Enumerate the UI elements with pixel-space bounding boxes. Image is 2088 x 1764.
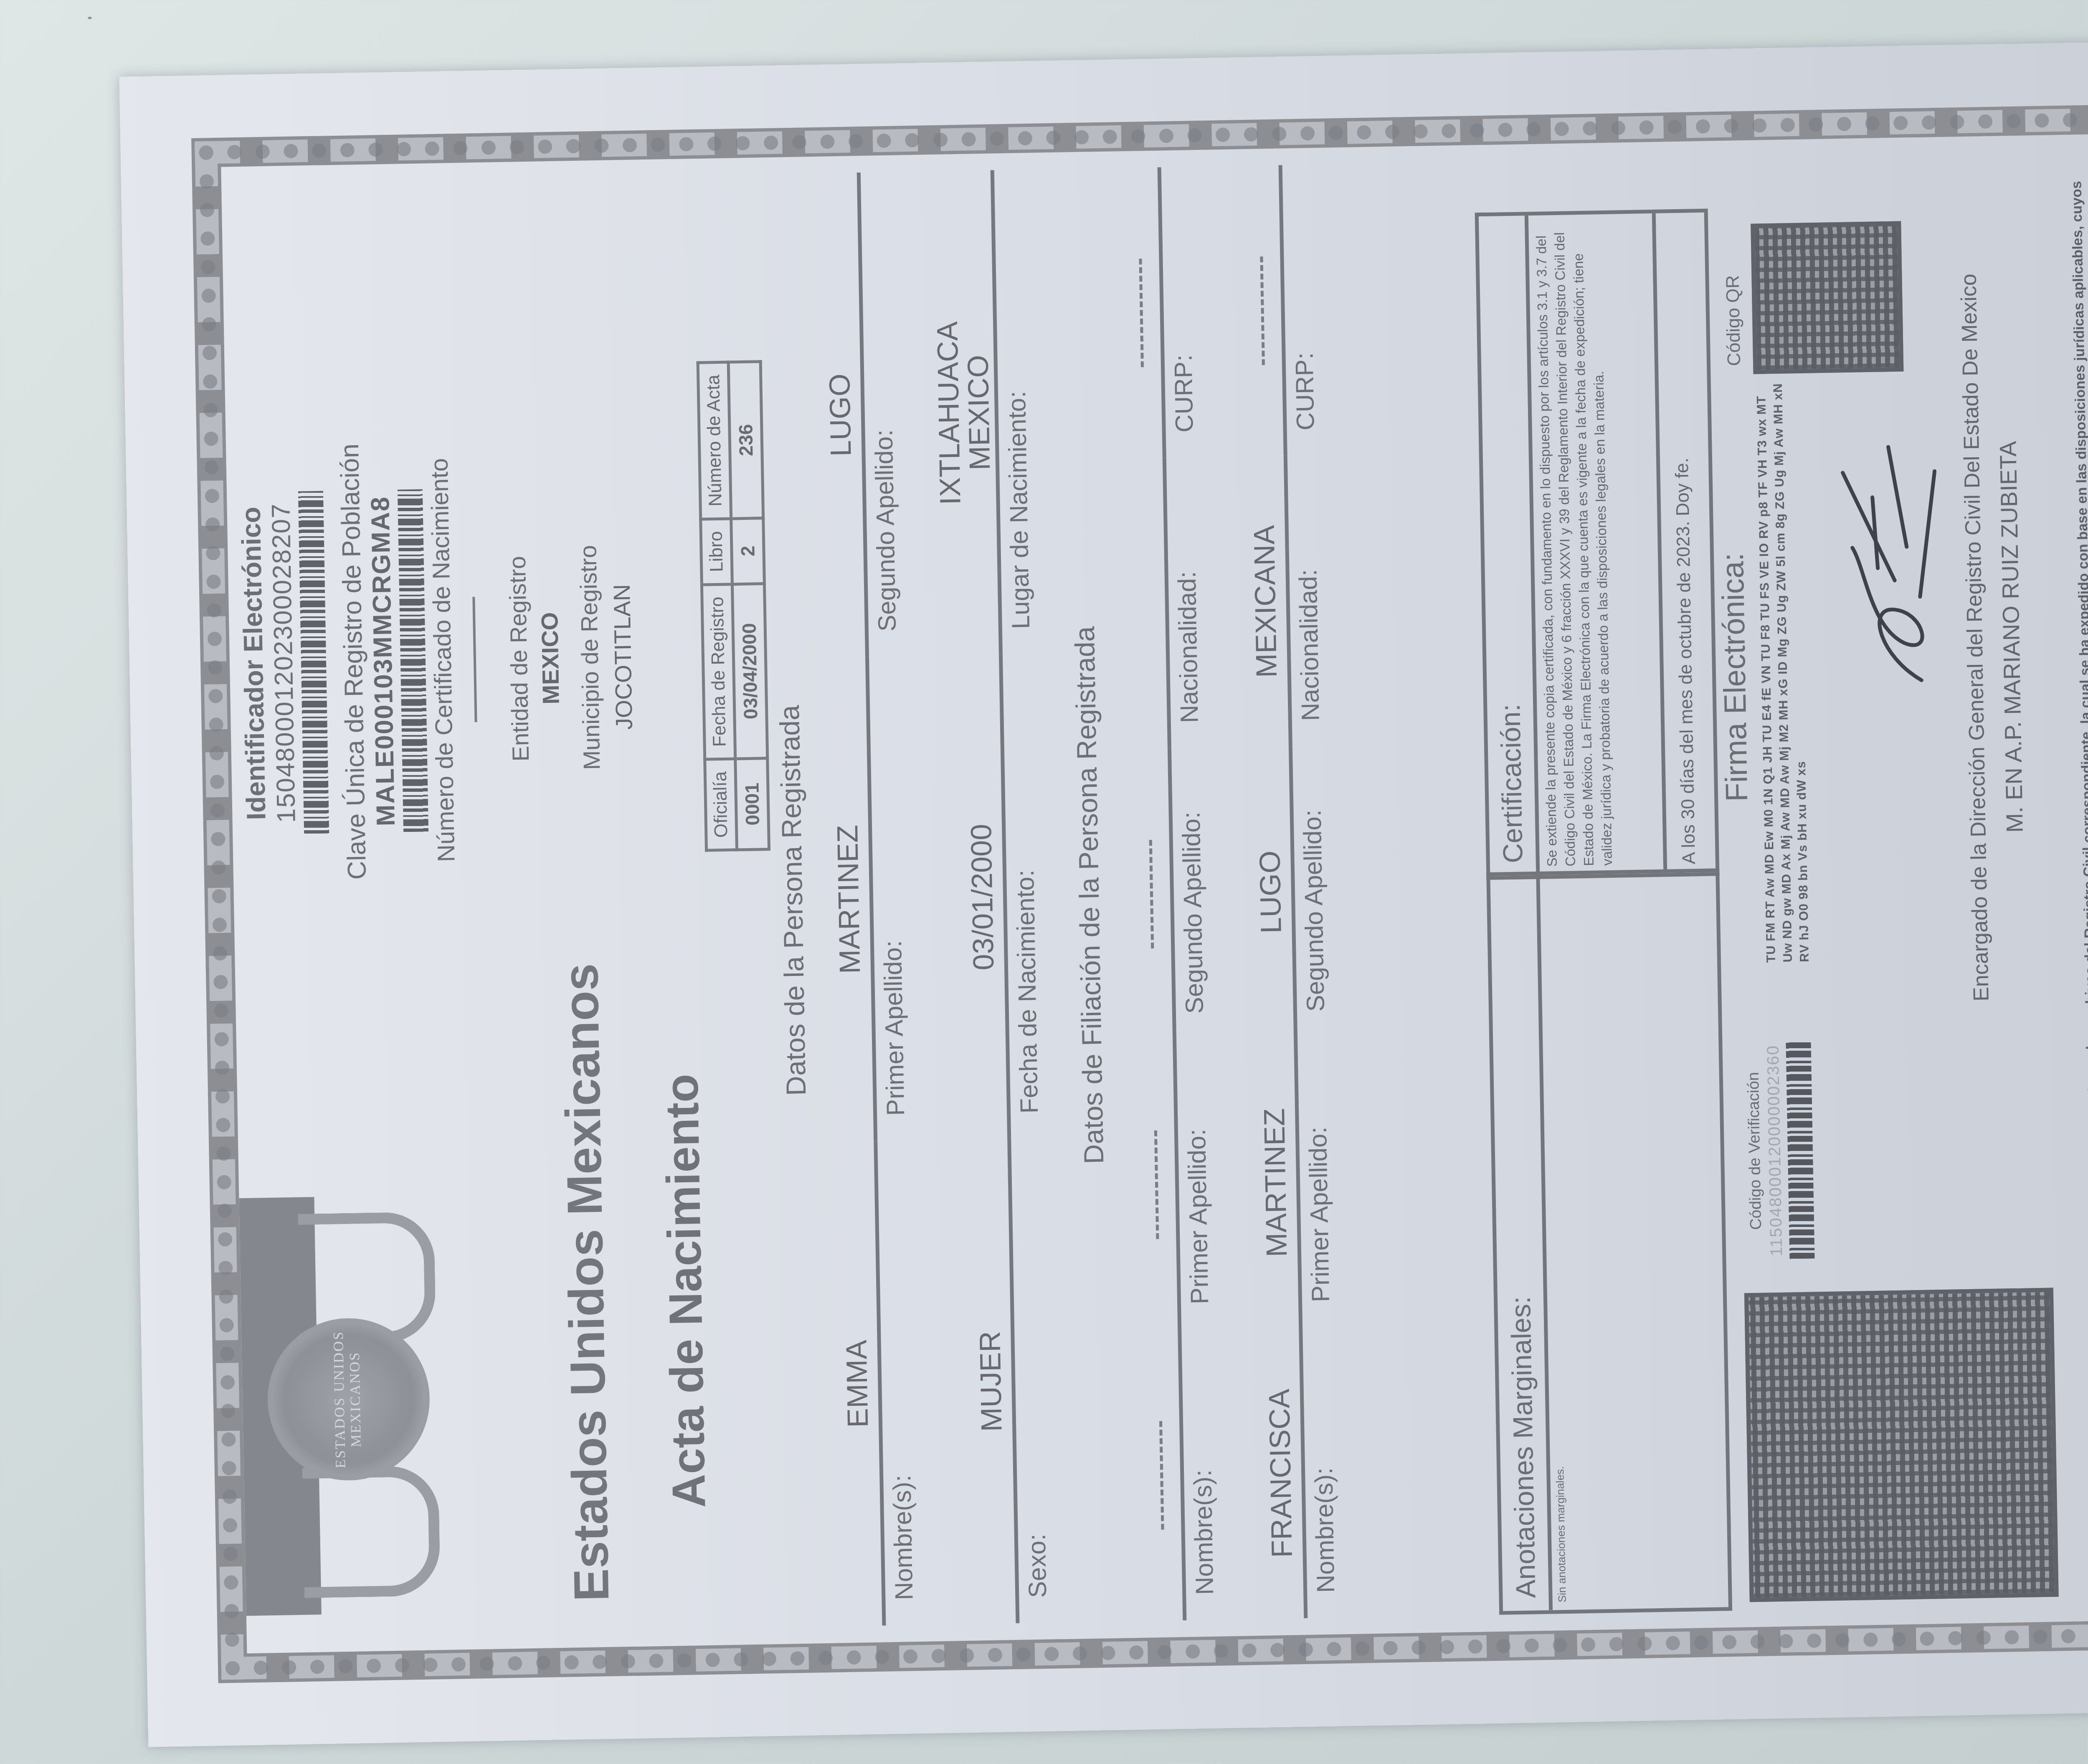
persona-sexo-label: Sexo: <box>1015 1138 1052 1623</box>
persona-primer-apellido-label: Primer Apellido: <box>873 656 910 1141</box>
ornamental-border: ESTADOS UNIDOS MEXICANOS Estados Unidos … <box>191 104 2088 1683</box>
certificacion-body: Se extiende la presente copia certificad… <box>1528 213 1667 875</box>
progenitor2-curp-label: CURP: <box>1287 165 1320 456</box>
seal-text: ESTADOS UNIDOS MEXICANOS <box>331 1324 365 1475</box>
persona-segundo-apellido-label: Segundo Apellido: <box>865 172 902 657</box>
progenitor2-primer-apellido-label: Primer Apellido: <box>1302 1037 1335 1328</box>
progenitor2-nacionalidad-value: MEXICANA <box>1245 456 1285 747</box>
encargado-cargo: Encargado de la Dirección General del Re… <box>1955 207 1995 1068</box>
verificacion-value: 115048000120000002360 <box>1764 1034 1786 1268</box>
aztec-glyph-left-icon <box>302 1465 441 1598</box>
municipio-value: JOCOTITLAN <box>602 260 643 1054</box>
encargado-block: Encargado de la Dirección General del Re… <box>1955 207 2032 1068</box>
oficialia-value: 0001 <box>735 758 769 850</box>
persona-fecha-nacimiento-label: Fecha de Nacimiento: <box>1007 654 1044 1139</box>
persona-fecha-nacimiento: 03/01/2000 Fecha de Nacimiento: <box>935 654 1044 1140</box>
persona-primer-apellido: MARTINEZ Primer Apellido: <box>827 656 910 1142</box>
header-libro: Libro <box>701 519 732 585</box>
progenitor2-names-row: FRANCISCANombre(s): MARTINEZPrimer Apell… <box>1240 165 1341 1619</box>
header-oficialia: Oficialía <box>705 759 737 850</box>
persona-section-title: Datos de la Persona Registrada <box>764 157 821 1644</box>
progenitor1-names-row: Nombre(s): Primer Apellido: Segundo Apel… <box>1119 167 1220 1621</box>
progenitor1-segundo-apellido-label: Segundo Apellido: <box>1176 748 1209 1039</box>
anotaciones-box: Anotaciones Marginales: Sin anotaciones … <box>1486 868 1732 1614</box>
progenitor2-nombres-value: FRANCISCA <box>1260 1328 1300 1619</box>
progenitor2-primer-apellido-value: MARTINEZ <box>1255 1037 1295 1328</box>
registro-table: Oficialía Fecha de Registro Libro Número… <box>697 360 770 852</box>
progenitor2-nombres-label: Nombre(s): <box>1307 1327 1340 1618</box>
persona-sexo: MUJER Sexo: <box>944 1138 1052 1625</box>
progenitor2-nacionalidad-label: Nacionalidad: <box>1292 455 1325 746</box>
curp-barcode-icon <box>398 489 428 832</box>
libro-value: 2 <box>731 518 765 584</box>
national-crest-header: ESTADOS UNIDOS MEXICANOS <box>239 1193 547 1616</box>
blank-field <box>1149 840 1154 948</box>
persona-lugar-nacimiento: IXTLAHUACA MEXICO Lugar de Nacimiento: <box>927 170 1036 656</box>
persona-nombres-label: Nombre(s): <box>882 1141 919 1625</box>
verificacion-barcode-icon <box>1786 1042 1814 1259</box>
certificado-blank <box>472 597 477 722</box>
persona-sexo-value: MUJER <box>969 1139 1012 1624</box>
header-fecha-registro: Fecha de Registro <box>702 584 735 760</box>
persona-nombres: EMMA Nombre(s): <box>835 1141 919 1626</box>
progenitor1-nombres-label: Nombre(s): <box>1186 1329 1219 1620</box>
progenitor1-curp-label: CURP: <box>1166 167 1199 458</box>
identifier-block: Identificador Electrónico 15048000120230… <box>231 260 643 1060</box>
persona-nombres-value: EMMA <box>835 1141 879 1626</box>
certificado-label: Número de Certificado de Nacimiento <box>422 263 464 1057</box>
blank-field <box>1260 256 1265 365</box>
progenitor2-segundo-apellido-value: LUGO <box>1250 746 1290 1037</box>
persona-details-row: MUJER Sexo: 03/01/2000 Fecha de Nacimien… <box>927 170 1053 1625</box>
progenitor2-segundo-apellido-label: Segundo Apellido: <box>1297 746 1330 1037</box>
encargado-nombre: M. EN A.P. MARIANO RUIZ ZUBIETA <box>1990 207 2032 1067</box>
blank-field <box>1154 1130 1159 1239</box>
country-title: Estados Unidos Mexicanos <box>552 963 621 1602</box>
persona-names-row: EMMA Nombre(s): MARTINEZ Primer Apellido… <box>818 172 919 1627</box>
footnote-legal-text: La presente copia certificada del acta e… <box>2067 150 2088 1604</box>
document-title: Acta de Nacimiento <box>654 1073 716 1508</box>
header-numero-acta: Número de Acta <box>698 362 731 519</box>
progenitor1-primer-apellido-label: Primer Apellido: <box>1181 1039 1214 1330</box>
qr-code-large-icon <box>1744 1288 2059 1602</box>
paper-sheet: ESTADOS UNIDOS MEXICANOS Estados Unidos … <box>119 41 2088 1747</box>
handwritten-signature-icon <box>1825 438 1955 707</box>
table-speck <box>88 17 92 19</box>
persona-lugar-label: Lugar de Nacimiento: <box>998 170 1036 654</box>
verificacion-block: Código de Verificación 11504800012000000… <box>1744 1033 1815 1268</box>
persona-primer-apellido-value: MARTINEZ <box>827 657 870 1142</box>
qr-label: Código QR <box>1722 275 1745 366</box>
persona-segundo-apellido: LUGO Segundo Apellido: <box>818 172 902 658</box>
persona-segundo-apellido-value: LUGO <box>818 172 862 657</box>
birth-certificate: ESTADOS UNIDOS MEXICANOS Estados Unidos … <box>119 41 2088 1747</box>
verificacion-label: Código de Verificación <box>1744 1034 1766 1268</box>
identificador-barcode-icon <box>298 491 329 834</box>
blank-field <box>1159 1421 1164 1530</box>
certificacion-box: Certificación: Se extiende la presente c… <box>1475 209 1720 880</box>
progenitor1-nacionalidad-label: Nacionalidad: <box>1171 457 1204 748</box>
numero-acta-value: 236 <box>728 362 763 519</box>
qr-code-small-icon <box>1751 221 1903 374</box>
filiacion-section-title: Datos de Filiación de la Persona Registr… <box>1060 152 1118 1639</box>
firma-electronica-block: Firma Electrónica: TU FM RT Aw MD Ew M0 … <box>1712 373 1814 981</box>
blank-field <box>1139 259 1144 367</box>
fecha-registro-value: 03/04/2000 <box>732 583 767 759</box>
persona-fecha-nacimiento-value: 03/01/2000 <box>960 655 1004 1140</box>
firma-code: TU FM RT Aw MD Ew M0 1N Q1 JH TU E4 fE V… <box>1753 373 1813 980</box>
